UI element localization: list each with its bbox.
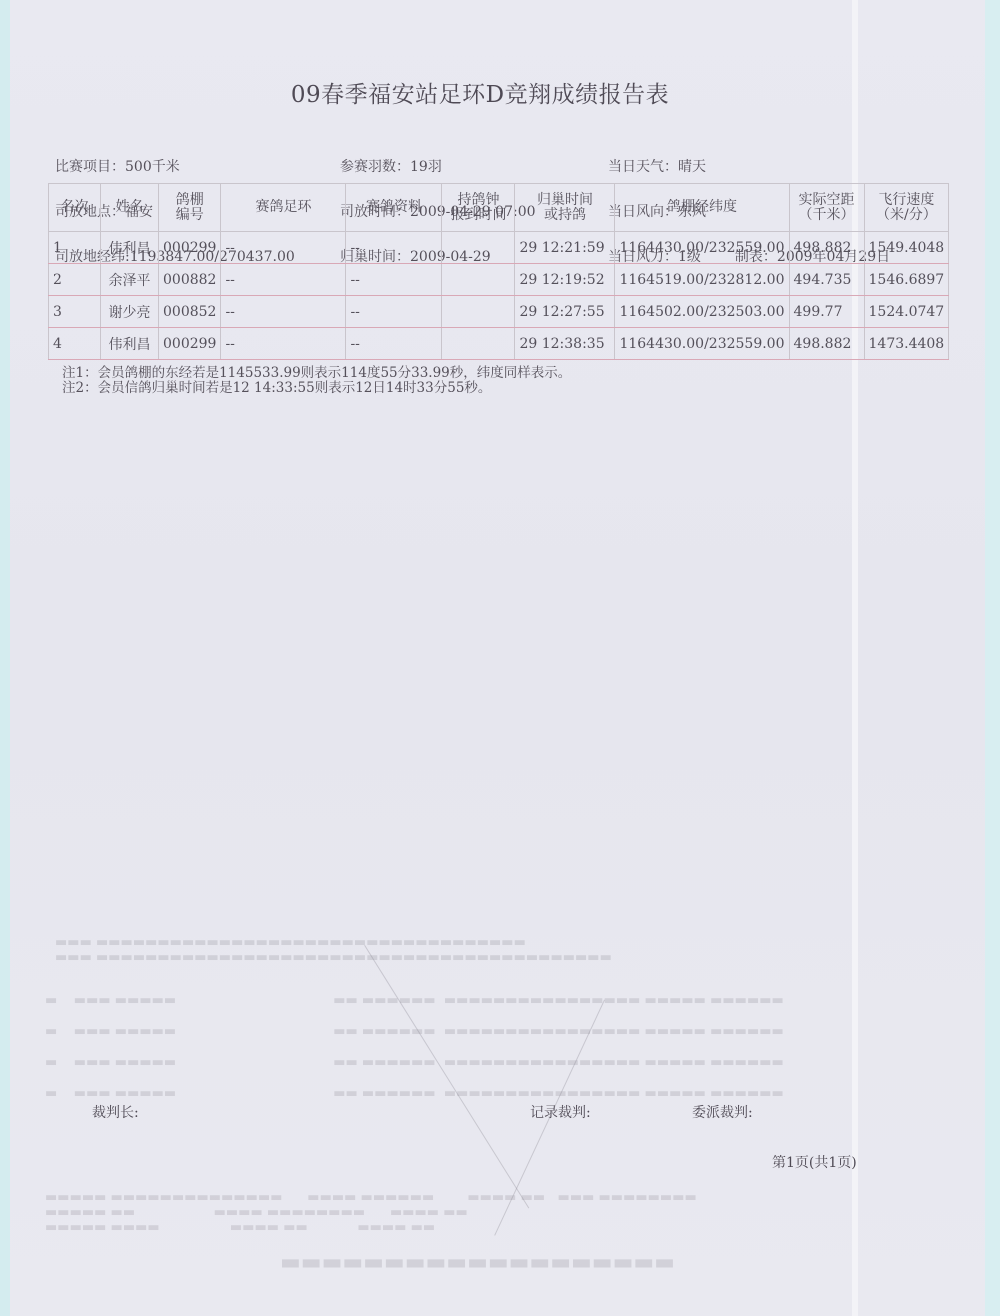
cell-speed: 1546.6897: [864, 264, 949, 296]
table-row: 2余泽平000882----29 12:19:521164519.00/2328…: [49, 264, 949, 296]
cell-info: --: [346, 296, 442, 328]
cell-speed: 1473.4408: [864, 328, 949, 360]
cell-info: --: [346, 328, 442, 360]
cell-clock: [442, 264, 515, 296]
cell-dist: 498.882: [789, 328, 864, 360]
cell-dist: 498.882: [789, 232, 864, 264]
cell-time: 29 12:19:52: [515, 264, 615, 296]
cell-loft: 000299: [159, 232, 221, 264]
table-header-row: 名次姓名鸽棚 编号赛鸽足环赛鸽资料持鸽钟 报到时间归巢时间 或持鸽鸽棚经纬度实际…: [49, 184, 949, 232]
cell-ring: --: [221, 232, 346, 264]
column-header-ring: 赛鸽足环: [221, 184, 346, 232]
table-row: 4伟利昌000299----29 12:38:351164430.00/2325…: [49, 328, 949, 360]
cell-time: 29 12:21:59: [515, 232, 615, 264]
cell-rank: 4: [49, 328, 101, 360]
cell-coord: 1164430.00/232559.00: [615, 232, 789, 264]
cell-name: 谢少亮: [101, 296, 159, 328]
column-header-name: 姓名: [101, 184, 159, 232]
cell-ring: --: [221, 264, 346, 296]
cell-rank: 1: [49, 232, 101, 264]
cell-clock: [442, 328, 515, 360]
cell-clock: [442, 296, 515, 328]
cell-info: --: [346, 232, 442, 264]
cell-speed: 1549.4048: [864, 232, 949, 264]
meta-item: 参赛羽数：19羽: [340, 160, 536, 175]
cell-info: --: [346, 264, 442, 296]
cell-loft: 000882: [159, 264, 221, 296]
column-header-info: 赛鸽资料: [346, 184, 442, 232]
cell-dist: 494.735: [789, 264, 864, 296]
meta-item: 比赛项目：500千米: [55, 160, 295, 175]
cell-speed: 1524.0747: [864, 296, 949, 328]
column-header-loft: 鸽棚 编号: [159, 184, 221, 232]
results-table: 名次姓名鸽棚 编号赛鸽足环赛鸽资料持鸽钟 报到时间归巢时间 或持鸽鸽棚经纬度实际…: [48, 183, 949, 360]
cell-clock: [442, 232, 515, 264]
column-header-time: 归巢时间 或持鸽: [515, 184, 615, 232]
cell-loft: 000852: [159, 296, 221, 328]
notes: 注1：会员鸽棚的东经若是1145533.99则表示114度55分33.99秒，纬…: [62, 366, 571, 396]
cell-time: 29 12:27:55: [515, 296, 615, 328]
table-row: 3谢少亮000852----29 12:27:551164502.00/2325…: [49, 296, 949, 328]
table-row: 1伟利昌000299----29 12:21:591164430.00/2325…: [49, 232, 949, 264]
cell-time: 29 12:38:35: [515, 328, 615, 360]
cell-name: 伟利昌: [101, 328, 159, 360]
cell-rank: 2: [49, 264, 101, 296]
scan-edge-left: [0, 0, 10, 1316]
scan-edge-right: [985, 0, 1000, 1316]
cell-ring: --: [221, 296, 346, 328]
column-header-dist: 实际空距 （千米）: [789, 184, 864, 232]
chief-referee-label: 裁判长:: [92, 1102, 139, 1122]
recording-referee-label: 记录裁判:: [530, 1102, 591, 1122]
cell-loft: 000299: [159, 328, 221, 360]
assigned-referee-label: 委派裁判:: [692, 1102, 753, 1122]
meta-item: 当日天气：晴天: [608, 160, 890, 175]
cell-ring: --: [221, 328, 346, 360]
cell-coord: 1164430.00/232559.00: [615, 328, 789, 360]
column-header-clock: 持鸽钟 报到时间: [442, 184, 515, 232]
note-1: 注1：会员鸽棚的东经若是1145533.99则表示114度55分33.99秒，纬…: [62, 366, 571, 381]
report-title: 09春季福安站足环D竞翔成绩报告表: [0, 76, 960, 109]
cell-dist: 499.77: [789, 296, 864, 328]
cell-coord: 1164502.00/232503.00: [615, 296, 789, 328]
note-2: 注2：会员信鸽归巢时间若是12 14:33:55则表示12日14时33分55秒。: [62, 381, 571, 396]
cell-rank: 3: [49, 296, 101, 328]
column-header-rank: 名次: [49, 184, 101, 232]
cell-name: 伟利昌: [101, 232, 159, 264]
cell-coord: 1164519.00/232812.00: [615, 264, 789, 296]
cell-name: 余泽平: [101, 264, 159, 296]
column-header-speed: 飞行速度 （米/分）: [864, 184, 949, 232]
column-header-coord: 鸽棚经纬度: [615, 184, 789, 232]
page-indicator: 第1页(共1页): [772, 1152, 857, 1172]
